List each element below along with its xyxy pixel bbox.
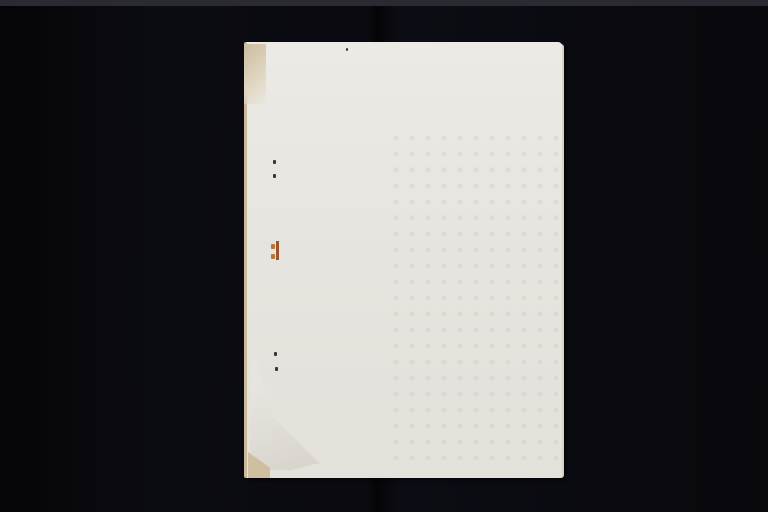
top-strip — [0, 0, 768, 6]
red-mark — [271, 244, 275, 249]
binding-hole — [273, 174, 276, 178]
red-mark — [271, 254, 275, 259]
paper-speck — [346, 48, 348, 51]
red-stamp-line — [276, 241, 279, 260]
binding-hole — [275, 367, 278, 371]
binding-hole — [274, 352, 277, 356]
binding-hole — [273, 160, 276, 164]
torn-top-left-corner — [244, 44, 266, 104]
show-through-text-pattern — [388, 130, 558, 460]
